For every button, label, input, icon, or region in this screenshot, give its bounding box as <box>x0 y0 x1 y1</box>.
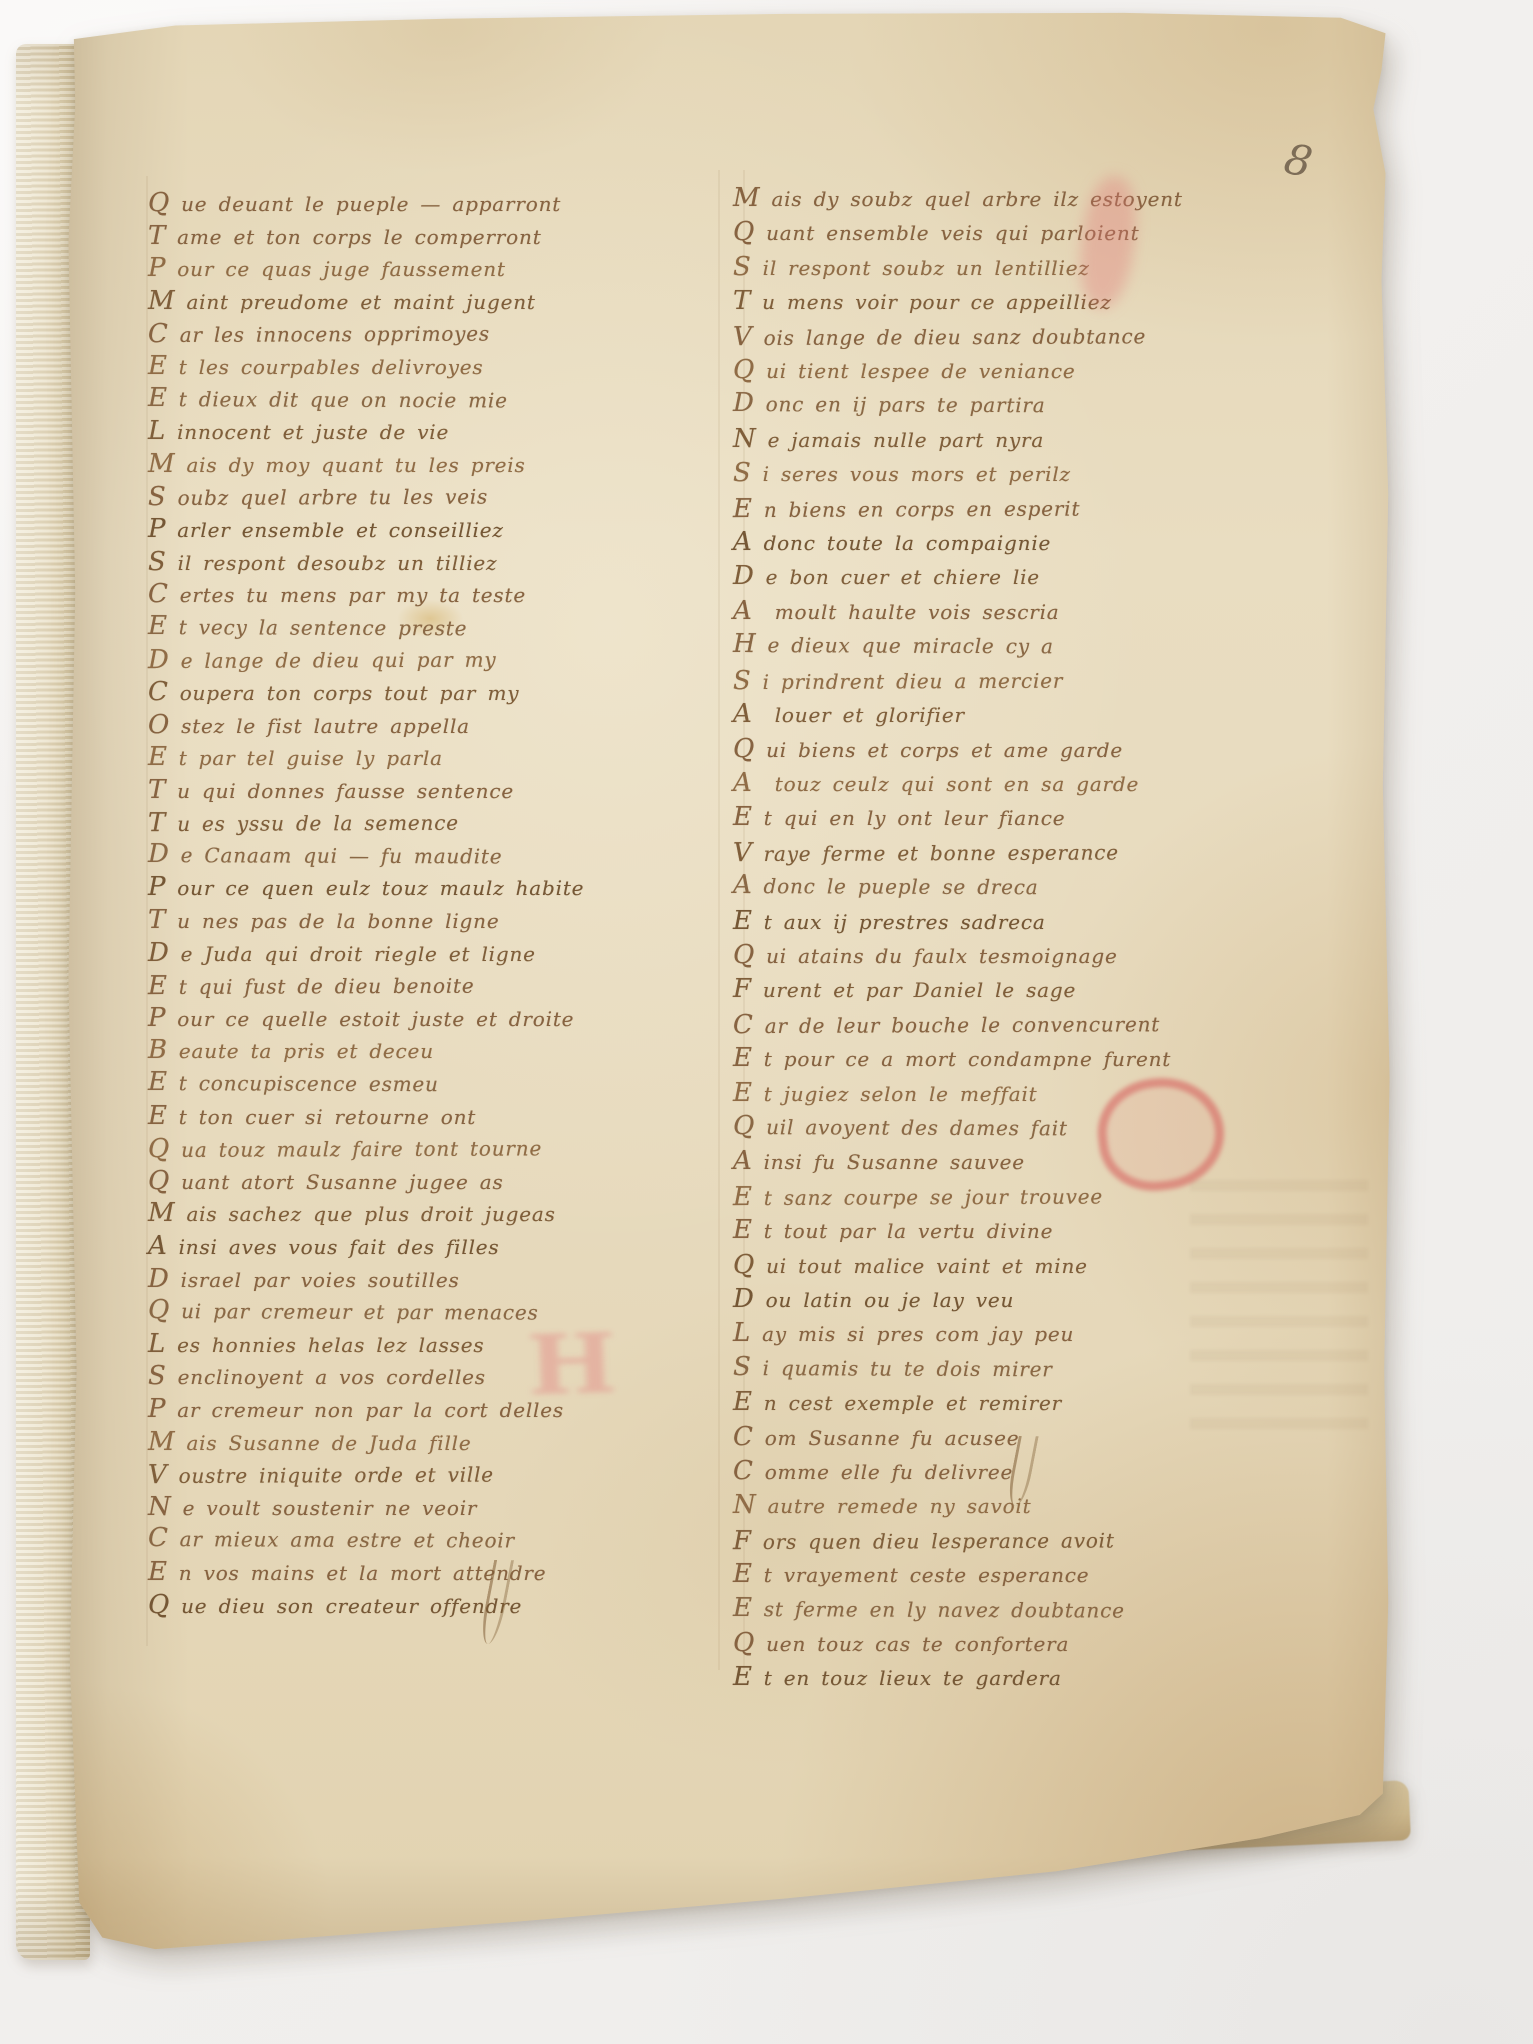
manuscript-line: Quant atort Susanne jugee as <box>148 1166 638 1199</box>
text-column-right: Mais dy soubz quel arbre ilz estoyentQua… <box>733 182 1243 1696</box>
manuscript-line: Et vecy la sentence preste <box>148 611 638 645</box>
manuscript-line: Quen touz cas te confortera <box>733 1627 1243 1661</box>
manuscript-line: Furent et par Daniel le sage <box>733 973 1243 1007</box>
manuscript-line: Tu mens voir pour ce appeilliez <box>733 285 1243 319</box>
manuscript-line: De Canaam qui — fu maudite <box>148 839 638 873</box>
manuscript-line: Sil respont desoubz un tilliez <box>148 547 638 580</box>
manuscript-line: Si seres vous mors et perilz <box>733 457 1243 491</box>
manuscript-line: Vois lange de dieu sanz doubtance <box>733 319 1243 356</box>
manuscript-line: Tu nes pas de la bonne ligne <box>148 905 638 938</box>
manuscript-line: En biens en corps en esperit <box>733 491 1243 528</box>
manuscript-line: Que dieu son createur offendre <box>148 1590 638 1623</box>
manuscript-line: Pour ce quelle estoit juste et droite <box>148 1003 638 1036</box>
manuscript-line: Qua touz maulz faire tont tourne <box>148 1132 638 1167</box>
manuscript-line: Quant ensemble veis qui parloient <box>733 216 1243 250</box>
manuscript-line: Ne jamais nulle part nyra <box>733 423 1243 457</box>
manuscript-line: Que deuant le pueple — apparront <box>148 188 638 221</box>
manuscript-line: Et ton cuer si retourne ont <box>148 1101 638 1134</box>
manuscript-line: Et par tel guise ly parla <box>148 742 638 775</box>
manuscript-line: Car mieux ama estre et cheoir <box>148 1523 638 1557</box>
manuscript-line: Mais dy soubz quel arbre ilz estoyent <box>733 182 1243 216</box>
manuscript-line: Et concupiscence esmeu <box>148 1067 638 1101</box>
manuscript-line: Beaute ta pris et deceu <box>148 1035 638 1068</box>
manuscript-line: Ne voult soustenir ne veoir <box>148 1492 638 1525</box>
manuscript-line: Adonc le pueple se dreca <box>733 869 1243 905</box>
manuscript-line: Et dieux dit que on nocie mie <box>148 383 638 417</box>
manuscript-line: Qui tient lespee de veniance <box>733 354 1243 388</box>
manuscript-line: Et tout par la vertu divine <box>733 1214 1243 1248</box>
manuscript-line: Lay mis si pres com jay peu <box>733 1317 1243 1351</box>
manuscript-line: Nautre remede ny savoit <box>733 1489 1243 1523</box>
manuscript-line: Car les innocens opprimoyes <box>148 317 638 352</box>
manuscript-line: De bon cuer et chiere lie <box>733 560 1243 594</box>
manuscript-line: Mais dy moy quant tu les preis <box>148 449 638 482</box>
manuscript-line: Mais Susanne de Juda fille <box>148 1427 638 1460</box>
manuscript-line: En cest exemple et remirer <box>733 1386 1243 1420</box>
manuscript-line: Disrael par voies soutilles <box>148 1264 638 1297</box>
manuscript-line: Com Susanne fu acusee <box>733 1421 1243 1455</box>
manuscript-line: Maint preudome et maint jugent <box>148 286 638 319</box>
manuscript-line: En vos mains et la mort attendre <box>148 1557 638 1590</box>
manuscript-line: Est ferme en ly navez doubtance <box>733 1592 1243 1628</box>
red-letter-mark: H <box>524 1319 620 1412</box>
ruling-line <box>718 170 720 1670</box>
manuscript-line: Dou latin ou je lay veu <box>733 1283 1243 1317</box>
manuscript-line: Qui tout malice vaint et mine <box>733 1249 1243 1283</box>
manuscript-line: Tame et ton corps le comperront <box>148 221 638 254</box>
manuscript-line: Sil respont soubz un lentilliez <box>733 251 1243 285</box>
manuscript-line: Comme elle fu delivree <box>733 1455 1243 1489</box>
manuscript-line: Et pour ce a mort condampne furent <box>733 1042 1243 1076</box>
manuscript-line: He dieux que miracle cy a <box>733 628 1243 664</box>
manuscript-line: Et aux ij prestres sadreca <box>733 905 1243 939</box>
manuscript-line: A moult haulte vois sescria <box>733 595 1243 629</box>
manuscript-line: Mais sachez que plus droit jugeas <box>148 1198 638 1231</box>
manuscript-line: Fors quen dieu lesperance avoit <box>733 1523 1243 1560</box>
manuscript-line: Tu qui donnes fausse sentence <box>148 775 638 808</box>
manuscript-line: Qui atains du faulx tesmoignage <box>733 939 1243 973</box>
manuscript-line: De lange de dieu qui par my <box>148 643 638 678</box>
manuscript-line: Et vrayement ceste esperance <box>733 1558 1243 1592</box>
manuscript-line: Linnocent et juste de vie <box>148 416 638 449</box>
show-through-text <box>1190 1180 1368 1452</box>
manuscript-line: Et qui fust de dieu benoite <box>148 969 638 1004</box>
folio-number: 8 <box>1280 134 1316 187</box>
manuscript-line: Voustre iniquite orde et ville <box>148 1458 638 1493</box>
manuscript-line: Vraye ferme et bonne esperance <box>733 835 1243 872</box>
manuscript-line: Pour ce quen eulz touz maulz habite <box>148 872 638 905</box>
manuscript-line: Ainsi aves vous fait des filles <box>148 1231 638 1264</box>
manuscript-line: Tu es yssu de la semence <box>148 806 638 841</box>
manuscript-line: Pour ce quas juge faussement <box>148 253 638 286</box>
red-letter-glyph: H <box>526 1316 619 1415</box>
manuscript-line: A louer et glorifier <box>733 698 1243 732</box>
manuscript-line: Soubz quel arbre tu les veis <box>148 480 638 515</box>
manuscript-line: Ostez le fist lautre appella <box>148 710 638 743</box>
manuscript-line: Coupera ton corps tout par my <box>148 677 638 710</box>
manuscript-line: A touz ceulz qui sont en sa garde <box>733 767 1243 801</box>
photo-backdrop: 8 Que deuant le pueple — apparrontTame e… <box>0 0 1533 2044</box>
manuscript-line: Si prindrent dieu a mercier <box>733 663 1243 700</box>
manuscript-line: Adonc toute la compaignie <box>733 526 1243 560</box>
manuscript-line: De Juda qui droit riegle et ligne <box>148 938 638 971</box>
manuscript-line: Certes tu mens par my ta teste <box>148 579 638 612</box>
manuscript-line: Et qui en ly ont leur fiance <box>733 801 1243 835</box>
manuscript-line: Car de leur bouche le convencurent <box>733 1007 1243 1044</box>
manuscript-page: 8 Que deuant le pueple — apparrontTame e… <box>40 8 1395 1953</box>
page-wrap: 8 Que deuant le pueple — apparrontTame e… <box>0 0 1533 2044</box>
manuscript-line: Et les courpables delivroyes <box>148 351 638 384</box>
manuscript-line: Et en touz lieux te gardera <box>733 1661 1243 1695</box>
manuscript-line: Qui biens et corps et ame garde <box>733 733 1243 767</box>
manuscript-line: Parler ensemble et conseilliez <box>148 514 638 547</box>
manuscript-line: Donc en ij pars te partira <box>733 387 1243 423</box>
manuscript-line: Si quamis tu te dois mirer <box>733 1351 1243 1387</box>
